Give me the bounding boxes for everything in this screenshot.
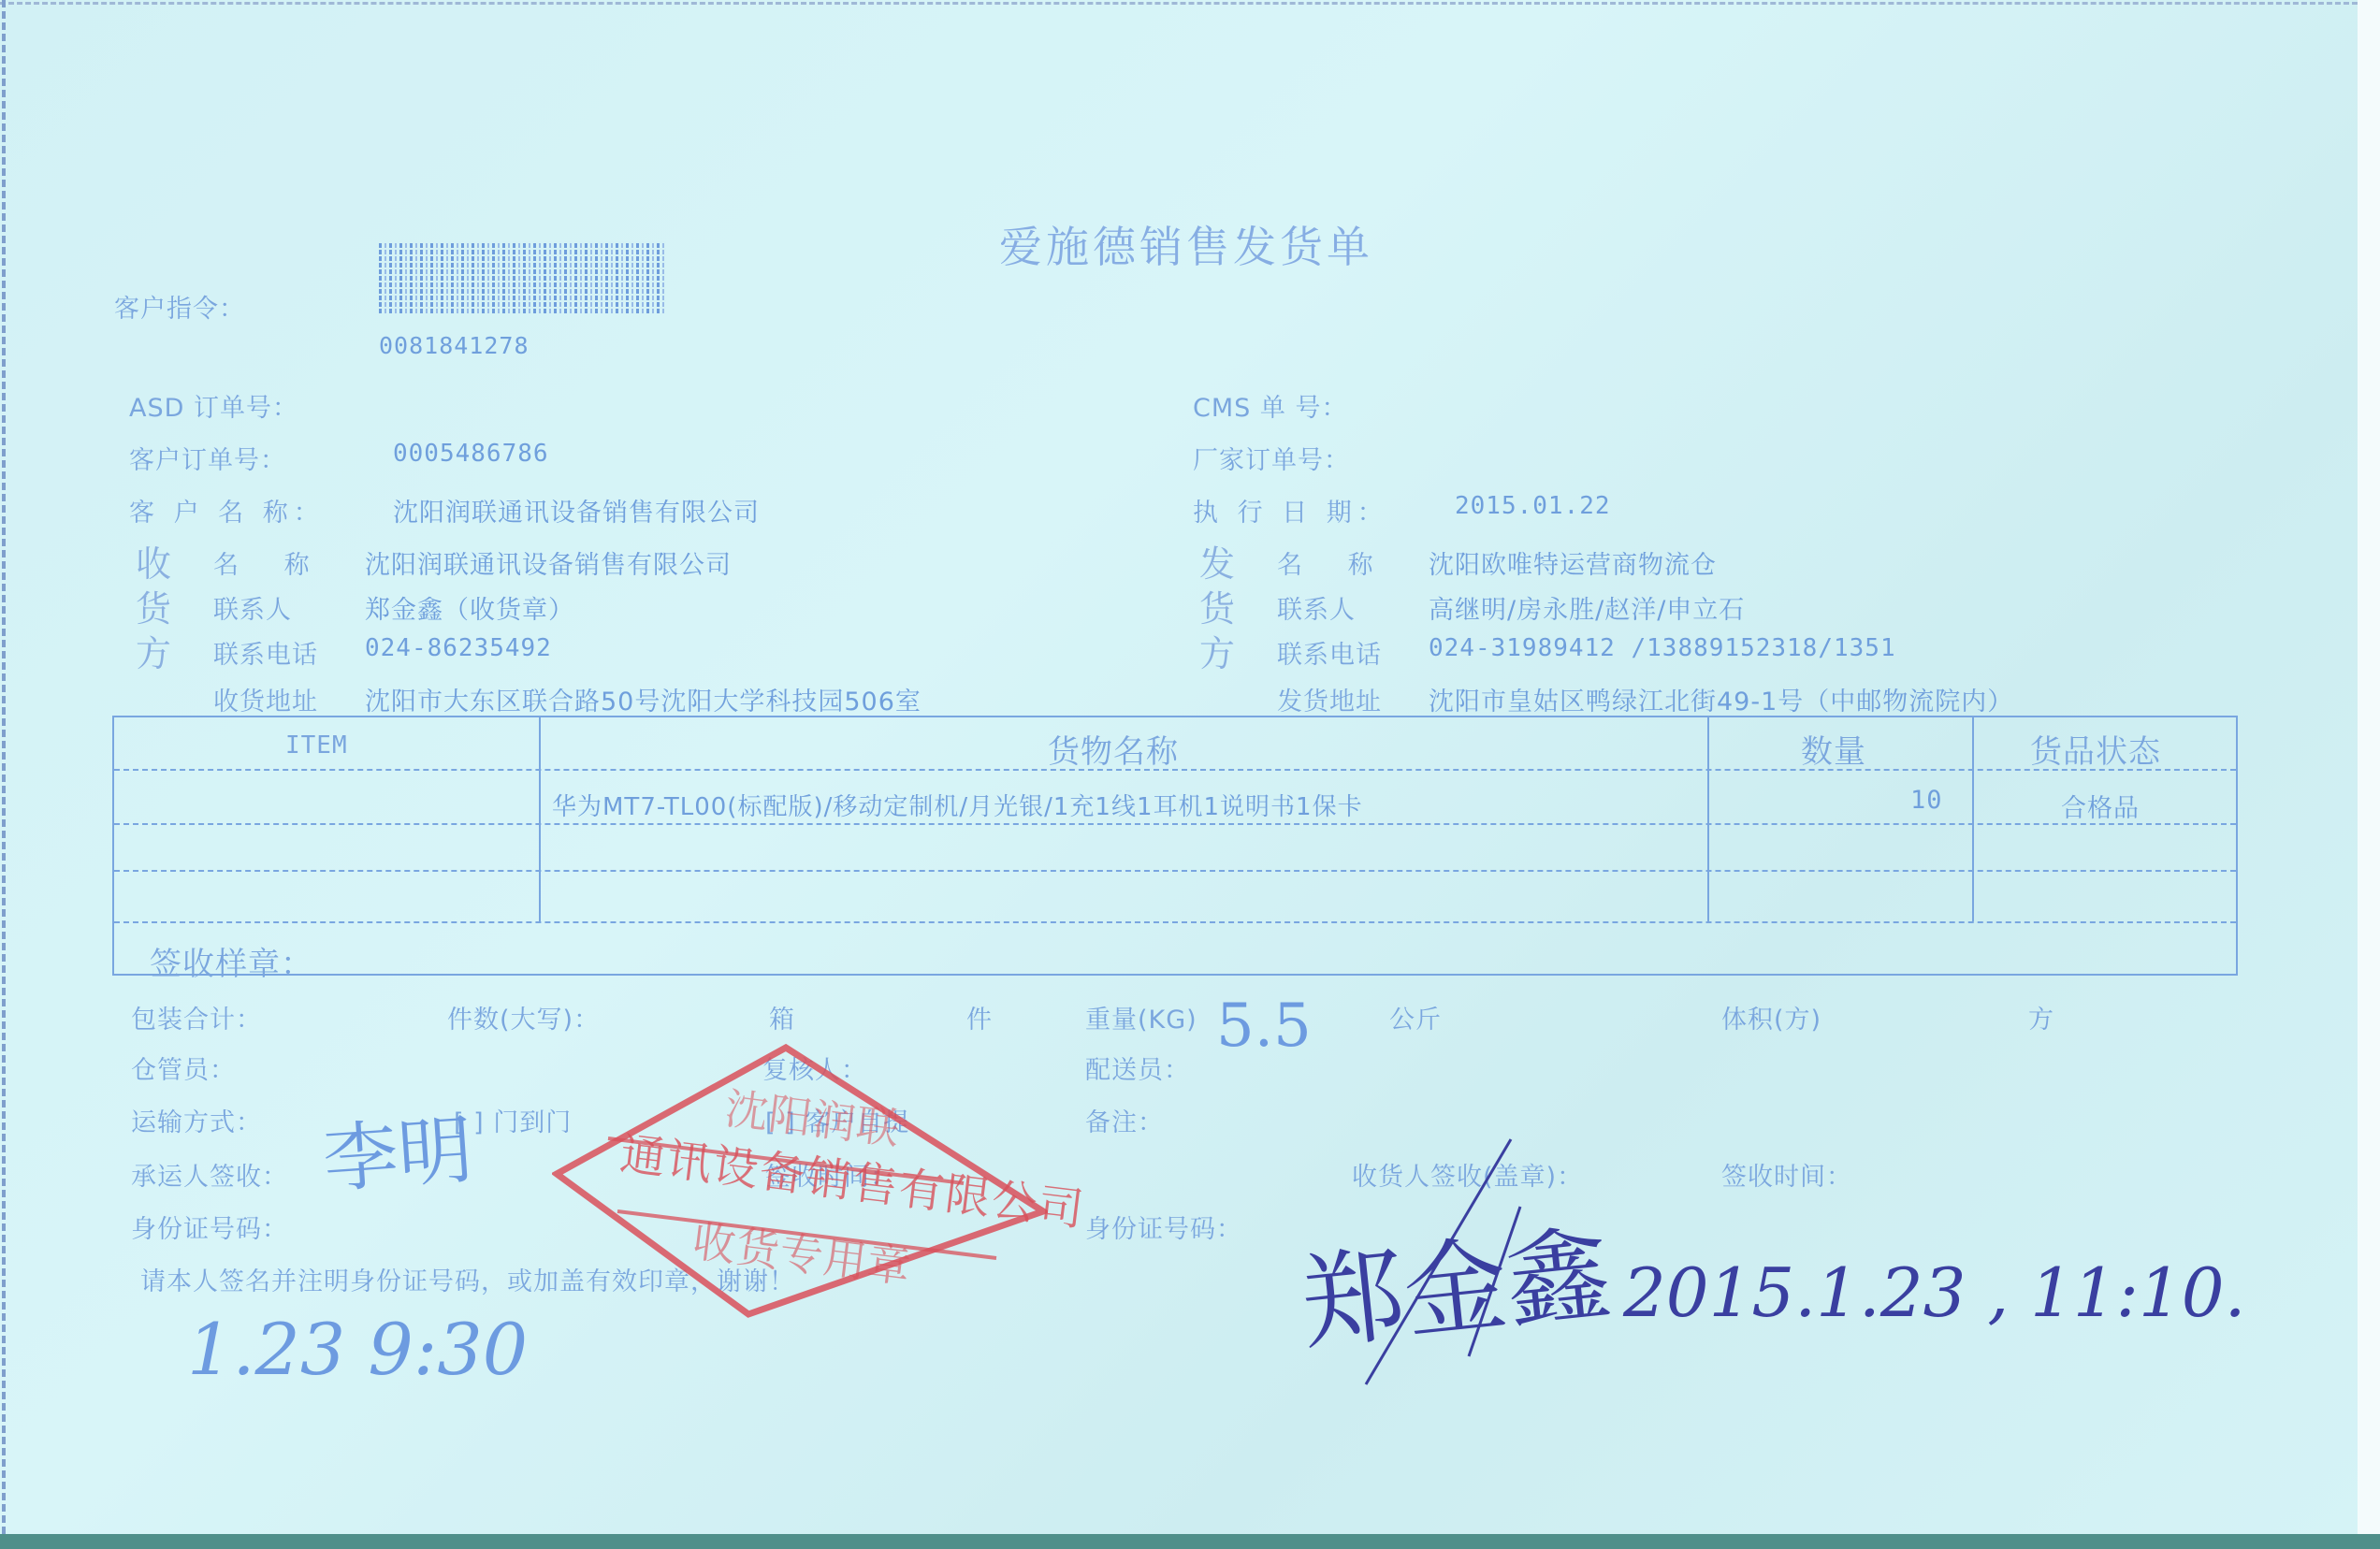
scan-margin-right [2358,0,2380,1549]
piece-unit: 件 [966,999,993,1035]
shipper-contact-label: 联系人 [1277,589,1356,626]
receiver-contact: 郑金鑫（收货章） [365,589,574,626]
table-divider [114,921,2236,923]
shipper-address: 沈阳市皇姑区鸭绿江北街49-1号（中邮物流院内） [1429,681,2013,717]
customer-instruction-label: 客户指令： [114,288,245,325]
execution-date-label: 执 行 日 期： [1193,492,1388,528]
company-stamp: 沈阳润联 通讯设备销售有限公司 收货专用章 [552,1034,1048,1324]
receiver-sign-time-label: 签收时间： [1721,1156,1852,1193]
shipper-side-label-2: 货 [1199,580,1236,631]
scan-margin-bottom [0,1534,2380,1549]
box-unit: 箱 [769,999,795,1035]
customer-order-value: 0005486786 [393,440,549,468]
carrier-sign-label: 承运人签收： [131,1156,288,1193]
asd-order-label: ASD 订单号： [129,387,298,424]
volume-label: 体积(方) [1721,999,1821,1035]
table-divider [114,870,2236,872]
receiver-contact-label: 联系人 [213,589,292,626]
receiver-side-label-3: 方 [136,625,172,676]
customer-order-label: 客户订单号： [129,440,286,476]
shipper-contact: 高继明/房永胜/赵洋/申立石 [1429,589,1745,626]
receiver-address: 沈阳市大东区联合路50号沈阳大学科技园506室 [365,681,922,717]
customer-name-label: 客 户 名 称： [129,492,325,528]
transport-method-label: 运输方式： [131,1102,262,1138]
table-col-divider [1707,717,1709,921]
perforation-left [2,0,6,1534]
shipper-phone: 024-31989412 /13889152318/1351 [1429,634,1896,662]
carrier-id-label: 身份证号码： [131,1209,288,1245]
receiver-side-label-2: 货 [136,580,172,631]
barcode-icon [379,241,666,313]
weight-unit: 公斤 [1389,999,1442,1035]
row-status: 合格品 [2061,788,2140,824]
execution-date-value: 2015.01.22 [1455,492,1611,520]
pieces-label: 件数(大写)： [447,999,600,1035]
carrier-time-handwritten: 1.23 9:30 [187,1308,528,1391]
table-col-divider [539,717,541,921]
receiver-phone: 024-86235492 [365,634,552,662]
delivery-person-label: 配送员： [1085,1050,1190,1086]
factory-order-label: 厂家订单号： [1193,440,1350,476]
shipper-name-label: 名 称 [1277,544,1392,581]
customer-instruction-value: 0081841278 [379,332,530,359]
table-header-goods-name: 货物名称 [1048,726,1179,772]
volume-unit: 方 [2028,999,2054,1035]
shipper-side-label-1: 发 [1199,535,1236,586]
shipper-side-label-3: 方 [1199,625,1236,676]
receiver-address-label: 收货地址 [213,681,318,717]
package-total-label: 包装合计： [131,999,262,1035]
table-divider [114,823,2236,825]
shipper-phone-label: 联系电话 [1277,634,1382,671]
receiver-side-label-1: 收 [136,535,172,586]
warehouse-keeper-label: 仓管员： [131,1050,236,1086]
perforation-top [0,2,2358,5]
sign-sample-label: 签收样章： [150,938,313,984]
shipper-name: 沈阳欧唯特运营商物流仓 [1429,544,1717,581]
row-goods-name: 华为MT7-TL00(标配版)/移动定制机/月光银/1充1线1耳机1说明书1保卡 [552,788,1363,822]
table-header-item: ITEM [285,731,348,760]
cms-order-label: CMS 单 号： [1193,387,1347,424]
carrier-signature: 李明 [319,1090,476,1208]
weight-label: 重量(KG) [1085,999,1197,1035]
receiver-time-handwritten: 2015.1.23 , 11:10. [1623,1253,2245,1332]
receiver-phone-label: 联系电话 [213,634,318,671]
row-quantity: 10 [1910,786,1943,815]
document-title: 爱施德销售发货单 [999,213,1373,275]
table-header-status: 货品状态 [2030,726,2161,772]
signature-stroke [1328,1132,1534,1394]
table-col-divider [1972,717,1974,921]
weight-handwritten: 5.5 [1216,992,1312,1061]
remark-label: 备注： [1085,1102,1164,1138]
table-header-quantity: 数量 [1801,726,1866,772]
shipper-address-label: 发货地址 [1277,681,1382,717]
receiver-name: 沈阳润联通讯设备销售有限公司 [365,544,732,581]
receiver-name-label: 名 称 [213,544,328,581]
receiver-id-label: 身份证号码： [1085,1209,1242,1245]
customer-name-value: 沈阳润联通讯设备销售有限公司 [393,492,760,528]
